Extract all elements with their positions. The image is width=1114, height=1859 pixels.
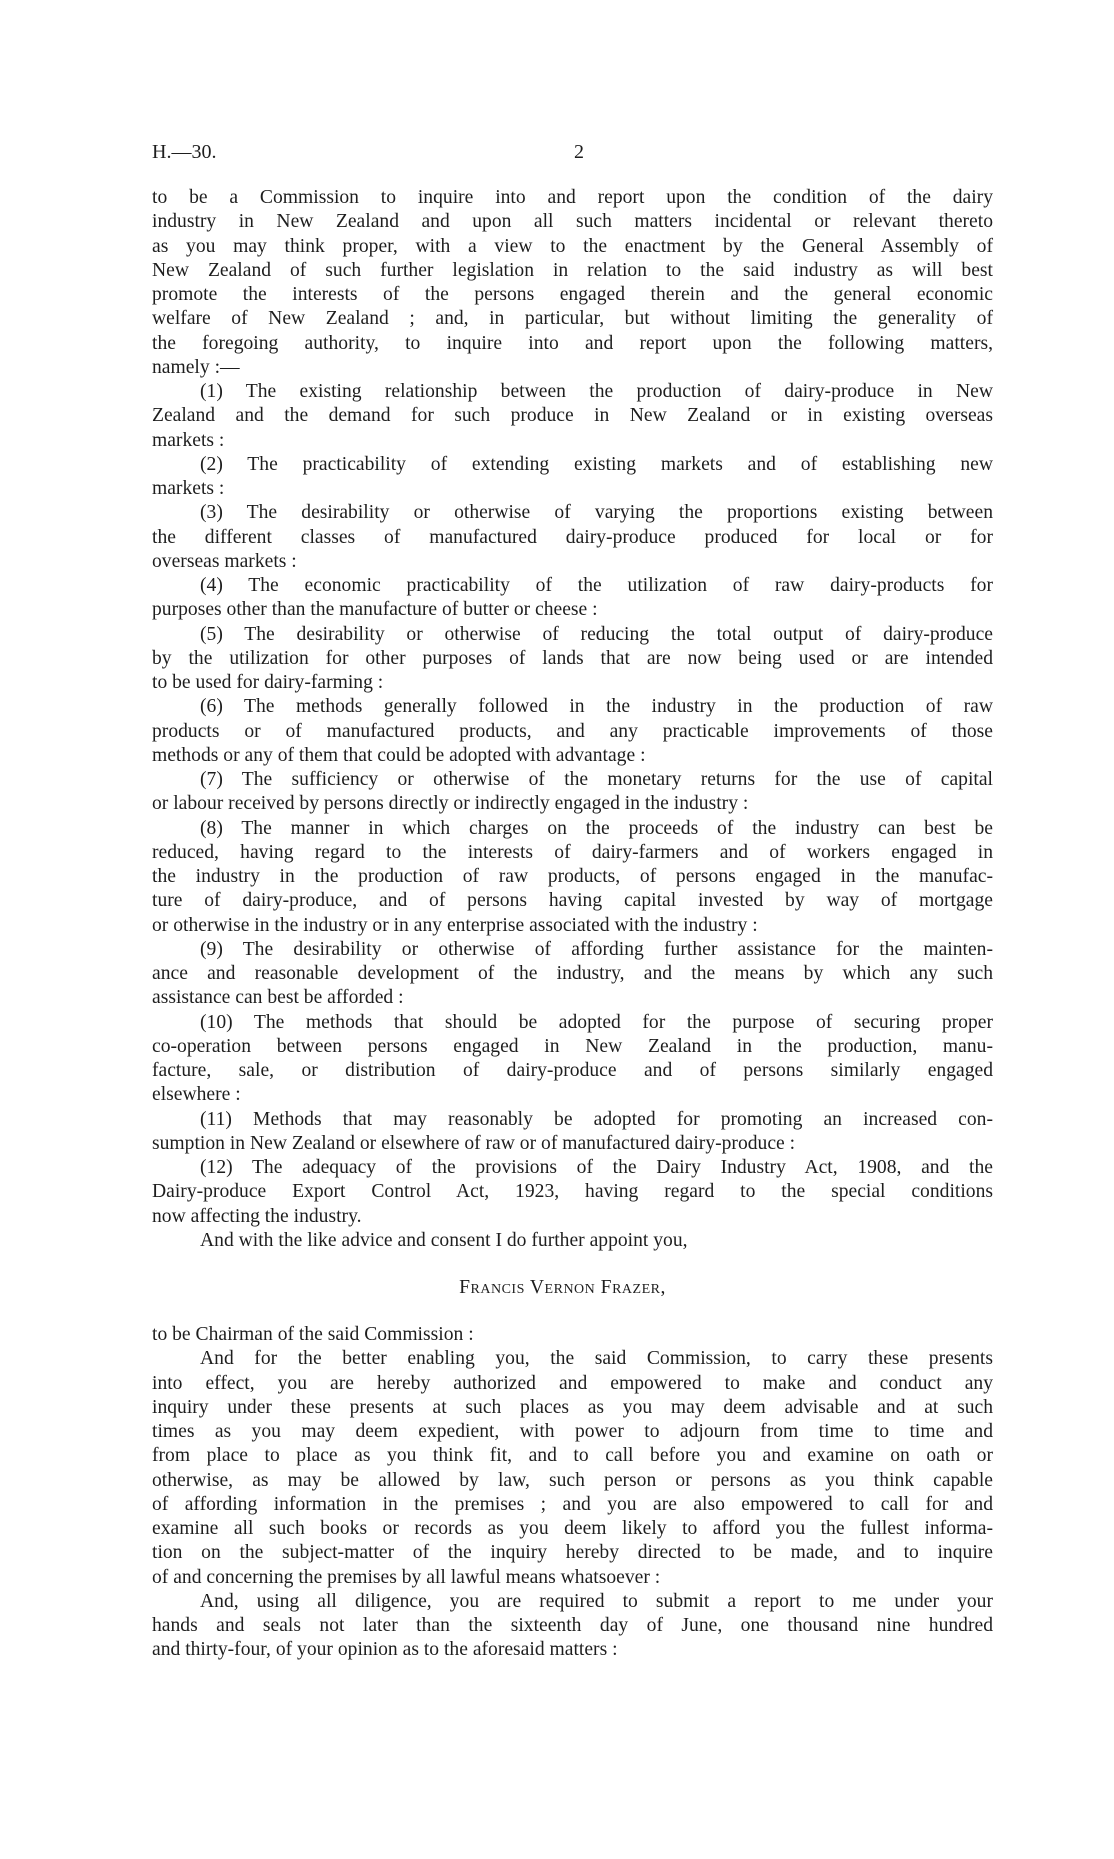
text-line: as you may think proper, with a view to … <box>152 235 993 259</box>
text-line: namely :— <box>152 356 993 380</box>
commission-terms: to be a Commission to inquire into and r… <box>152 186 993 1253</box>
text-line: co-operation between persons engaged in … <box>152 1035 993 1059</box>
paragraph: (7) The sufficiency or otherwise of the … <box>152 768 993 817</box>
text-line: (10) The methods that should be adopted … <box>152 1011 993 1035</box>
text-line: markets : <box>152 429 993 453</box>
text-line: ance and reasonable development of the i… <box>152 962 993 986</box>
paragraph: (6) The methods generally followed in th… <box>152 695 993 768</box>
paragraph: (11) Methods that may reasonably be adop… <box>152 1108 993 1157</box>
text-line: And, using all diligence, you are requir… <box>152 1590 993 1614</box>
text-line: of affording information in the premises… <box>152 1493 993 1517</box>
paragraph: (9) The desirability or otherwise of aff… <box>152 938 993 1011</box>
paragraph: to be a Commission to inquire into and r… <box>152 186 993 380</box>
text-line: (2) The practicability of extending exis… <box>152 453 993 477</box>
text-line: now affecting the industry. <box>152 1205 993 1229</box>
text-line: industry in New Zealand and upon all suc… <box>152 210 993 234</box>
text-line: to be used for dairy-farming : <box>152 671 993 695</box>
text-line: (4) The economic practicability of the u… <box>152 574 993 598</box>
text-line: assistance can best be afforded : <box>152 986 993 1010</box>
paragraph: (4) The economic practicability of the u… <box>152 574 993 623</box>
paragraph: (12) The adequacy of the provisions of t… <box>152 1156 993 1229</box>
text-line: by the utilization for other purposes of… <box>152 647 993 671</box>
text-line: products or of manufactured products, an… <box>152 720 993 744</box>
text-line: of and concerning the premises by all la… <box>152 1566 993 1590</box>
appointee-name-line: Francis Vernon Frazer, <box>152 1253 993 1323</box>
text-line: times as you may deem expedient, with po… <box>152 1420 993 1444</box>
text-line: purposes other than the manufacture of b… <box>152 598 993 622</box>
text-line: sumption in New Zealand or elsewhere of … <box>152 1132 993 1156</box>
text-line: ture of dairy-produce, and of persons ha… <box>152 889 993 913</box>
text-line: or otherwise in the industry or in any e… <box>152 914 993 938</box>
paragraph: (3) The desirability or otherwise of var… <box>152 501 993 574</box>
text-line: And with the like advice and consent I d… <box>152 1229 993 1253</box>
text-line: (9) The desirability or otherwise of aff… <box>152 938 993 962</box>
text-line: hands and seals not later than the sixte… <box>152 1614 993 1638</box>
text-line: (7) The sufficiency or otherwise of the … <box>152 768 993 792</box>
text-line: promote the interests of the persons eng… <box>152 283 993 307</box>
document-body: to be a Commission to inquire into and r… <box>152 186 993 1663</box>
text-line: to be Chairman of the said Commission : <box>152 1323 993 1347</box>
text-line: (6) The methods generally followed in th… <box>152 695 993 719</box>
text-line: the different classes of manufactured da… <box>152 526 993 550</box>
text-line: and thirty-four, of your opinion as to t… <box>152 1638 993 1662</box>
text-line: (5) The desirability or otherwise of red… <box>152 623 993 647</box>
text-line: welfare of New Zealand ; and, in particu… <box>152 307 993 331</box>
text-line: otherwise, as may be allowed by law, suc… <box>152 1469 993 1493</box>
text-line: (12) The adequacy of the provisions of t… <box>152 1156 993 1180</box>
text-line: (8) The manner in which charges on the p… <box>152 817 993 841</box>
text-line: methods or any of them that could be ado… <box>152 744 993 768</box>
text-line: elsewhere : <box>152 1083 993 1107</box>
paragraph: (8) The manner in which charges on the p… <box>152 817 993 938</box>
document-reference: H.—30. <box>152 140 216 164</box>
paragraph: And for the better enabling you, the sai… <box>152 1347 993 1590</box>
text-line: reduced, having regard to the interests … <box>152 841 993 865</box>
paragraph: And, using all diligence, you are requir… <box>152 1590 993 1663</box>
paragraph: (10) The methods that should be adopted … <box>152 1011 993 1108</box>
text-line: facture, sale, or distribution of dairy-… <box>152 1059 993 1083</box>
paragraph: And with the like advice and consent I d… <box>152 1229 993 1253</box>
text-line: examine all such books or records as you… <box>152 1517 993 1541</box>
text-line: the industry in the production of raw pr… <box>152 865 993 889</box>
text-line: overseas markets : <box>152 550 993 574</box>
page-number: 2 <box>574 140 584 164</box>
text-line: into effect, you are hereby authorized a… <box>152 1372 993 1396</box>
text-line: or labour received by persons directly o… <box>152 792 993 816</box>
text-line: the foregoing authority, to inquire into… <box>152 332 993 356</box>
paragraph: (5) The desirability or otherwise of red… <box>152 623 993 696</box>
commission-powers: to be Chairman of the said Commission :A… <box>152 1323 993 1663</box>
appointee-name: Francis Vernon Frazer, <box>459 1277 666 1298</box>
text-line: Zealand and the demand for such produce … <box>152 404 993 428</box>
text-line: And for the better enabling you, the sai… <box>152 1347 993 1371</box>
text-line: (11) Methods that may reasonably be adop… <box>152 1108 993 1132</box>
text-line: markets : <box>152 477 993 501</box>
paragraph: (2) The practicability of extending exis… <box>152 453 993 502</box>
text-line: tion on the subject-matter of the inquir… <box>152 1541 993 1565</box>
paragraph: (1) The existing relationship between th… <box>152 380 993 453</box>
text-line: New Zealand of such further legislation … <box>152 259 993 283</box>
text-line: inquiry under these presents at such pla… <box>152 1396 993 1420</box>
text-line: Dairy-produce Export Control Act, 1923, … <box>152 1180 993 1204</box>
text-line: from place to place as you think fit, an… <box>152 1444 993 1468</box>
text-line: (3) The desirability or otherwise of var… <box>152 501 993 525</box>
text-line: (1) The existing relationship between th… <box>152 380 993 404</box>
text-line: to be a Commission to inquire into and r… <box>152 186 993 210</box>
paragraph: to be Chairman of the said Commission : <box>152 1323 993 1347</box>
